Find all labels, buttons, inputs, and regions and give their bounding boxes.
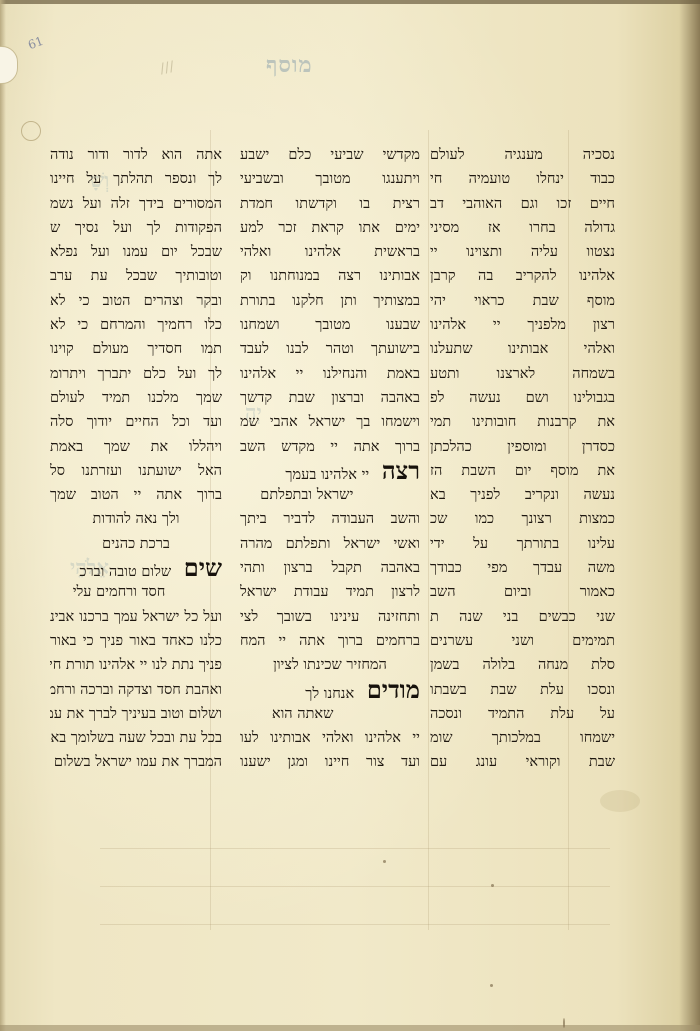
text-line: סלת מנחה בלולה בשמן: [430, 653, 615, 677]
text-line: תמו חסדיך מעולם קוינו: [50, 337, 222, 361]
text-line: יי אלהינו ואלהי אבותינו לעו: [240, 726, 420, 750]
text-line: המחזיר שכינתו לציון: [240, 653, 420, 677]
ink-speck: [563, 1018, 565, 1028]
text-line-with-initial: שים שלום טובה וברכ: [50, 556, 222, 580]
text-line: נעשה ונקריב לפניך בא: [430, 483, 615, 507]
text-line: על עלת התמיד ונסכה: [430, 702, 615, 726]
text-line: ולך נאה להודות: [50, 507, 222, 531]
text-line: בשמחה לארצנו ותטע: [430, 362, 615, 386]
section-heading: ברכת כהנים: [50, 532, 222, 556]
text-line: משה עבדך מפי כבודך: [430, 556, 615, 580]
ink-speck: [491, 884, 494, 887]
text-line: חיים זכו וגם האוהבי דב: [430, 192, 615, 216]
text-line: את מוסף יום השבת הז: [430, 459, 615, 483]
text-line-content: ישראל ובתפלתם: [260, 487, 353, 503]
text-column-left: אתה הוא לדור ודור נודה לך ונספר תהלתך על…: [50, 143, 222, 775]
text-line: לך ונספר תהלתך על חיינו: [50, 167, 222, 191]
text-line: וטובותיך שבכל עת ערב: [50, 264, 222, 288]
text-line: באמת והנחילנו יי אלהינו: [240, 362, 420, 386]
text-line: ונסכו עלת שבת בשבתו: [430, 678, 615, 702]
text-line: בראשית אלהינו ואלהי: [240, 240, 420, 264]
text-line: מוסף שבת כראוי יהי: [430, 289, 615, 313]
text-line: המסורים בידך זלה ועל נשמ: [50, 192, 222, 216]
text-line: ימים אתו קראת זכר למע: [240, 216, 420, 240]
ring-stain-mark: [21, 121, 41, 141]
text-line: בישועתך וטהר לבנו לעבד: [240, 337, 420, 361]
text-line-content: יי אלהינו בעמך: [285, 467, 369, 483]
page-bottom-edge: [0, 1025, 700, 1031]
text-line-with-initial: רצה יי אלהינו בעמך: [240, 459, 420, 483]
text-line: כסדרן ומוספין כהלכתן: [430, 435, 615, 459]
text-line: הפקודות לך ועל נסיך ש: [50, 216, 222, 240]
text-line: ויהללו את שמך באמת: [50, 435, 222, 459]
faint-pencil-mark: ///: [158, 59, 175, 78]
decorated-initial-word: רצה: [374, 459, 420, 483]
text-line: כבוד ינחלו טועמיה חי: [430, 167, 615, 191]
page-top-edge: [0, 0, 700, 4]
text-line: כלנו כאחד באור פניך כי באור: [50, 629, 222, 653]
text-line: שמך מלכנו תמיד לעולם: [50, 386, 222, 410]
text-line: ישמחו במלכותך שומ: [430, 726, 615, 750]
text-line: ועד וכל החיים יודוך סלה: [50, 410, 222, 434]
text-line: ואשי ישראל ותפלתם מהרה: [240, 532, 420, 556]
paper-tab-mark: [0, 46, 18, 84]
text-line: רצון מלפניך יי אלהינו: [430, 313, 615, 337]
text-line: ותחזינה עינינו בשובך לצי: [240, 605, 420, 629]
page-gutter-shadow: [0, 0, 6, 1031]
text-line: שבכל יום עמנו ועל נפלא: [50, 240, 222, 264]
text-line-indented: שאתה הוא: [240, 702, 420, 726]
text-line: מקדשי שביעי כלם ישבע: [240, 143, 420, 167]
text-line: בכל עת ובכל שעה בשלומך בא יי: [50, 726, 222, 750]
text-line: שבענו מטובך ושמחנו: [240, 313, 420, 337]
decorated-initial-word: שים: [176, 556, 222, 580]
text-line: כמצות רצונך כמו שכ: [430, 507, 615, 531]
ruling-line-horizontal: [100, 848, 610, 849]
text-line: ועד צור חיינו ומגן ישענו: [240, 750, 420, 774]
text-line: את קרבנות חובותינו תמי: [430, 410, 615, 434]
text-line: ושלום וטוב בעיניך לברך את עמך ישר: [50, 702, 222, 726]
ink-speck: [383, 860, 386, 863]
text-line: וישמחו בך ישראל אהבי שמ: [240, 410, 420, 434]
text-line: נצטוו עליה ותצוינו יי: [430, 240, 615, 264]
text-line: רצית בו וקדשתו חמדת: [240, 192, 420, 216]
manuscript-page: 61 מוסף /// וְשָׁ אֵלֹהֵי יְהֵ נסכיה מענ…: [0, 0, 700, 1031]
text-column-middle: מקדשי שביעי כלם ישבע ויתענגו מטובך ובשבי…: [240, 143, 420, 775]
text-line: המברך את עמו ישראל בשלום קדיש: [50, 750, 222, 774]
text-line: ויתענגו מטובך ובשביעי: [240, 167, 420, 191]
text-line: ברוך אתה יי הטוב שמך: [50, 483, 222, 507]
text-line: פניך נתת לנו יי אלהינו תורת חיי: [50, 653, 222, 677]
ruling-line-vertical: [428, 130, 429, 930]
text-line: ועל כל ישראל עמך ברכנו אבינ: [50, 605, 222, 629]
text-line: באהבה וברצון שבת קדשך: [240, 386, 420, 410]
ink-speck: [490, 984, 493, 987]
text-line: לך ועל כלם יתברך ויתרומ: [50, 362, 222, 386]
paper-stain: [600, 790, 640, 812]
folio-number: 61: [26, 34, 45, 52]
text-line-content: אנחנו לך: [305, 686, 354, 702]
ruling-line-horizontal: [100, 924, 610, 925]
text-line-indented: ישראל ובתפלתם: [240, 483, 420, 507]
text-line-content: שאתה הוא: [272, 706, 334, 722]
decorated-initial-word: מודים: [359, 678, 420, 702]
text-line: ובקר וצהרים הטוב כי לא: [50, 289, 222, 313]
text-line: באהבה תקבל ברצון ותהי: [240, 556, 420, 580]
text-line: והשב העבודה לדביר ביתך: [240, 507, 420, 531]
text-line: ברחמים ברוך אתה יי המח: [240, 629, 420, 653]
text-line: ברוך אתה יי מקדש השב: [240, 435, 420, 459]
text-line: כלו רחמיך והמרחם כי לא: [50, 313, 222, 337]
text-line: בגבולינו ושם נעשה לפ: [430, 386, 615, 410]
text-line: ואהבת חסד וצדקה וברכה ורחמ וחיי: [50, 678, 222, 702]
text-line: עלינו בתורתך על ידי: [430, 532, 615, 556]
text-line: אבותינו רצה במנוחתנו וק: [240, 264, 420, 288]
ruling-line-horizontal: [100, 886, 610, 887]
text-line: שבת וקוראי עונג עם: [430, 750, 615, 774]
text-line-content: שלום טובה וברכ: [79, 564, 171, 580]
running-header: מוסף: [266, 52, 313, 78]
text-column-right: נסכיה מענגיה לעולם כבוד ינחלו טועמיה חי …: [430, 143, 615, 775]
text-line: האל ישועתנו ועזרתנו סל: [50, 459, 222, 483]
text-line: ואלהי אבותינו שתעלנו: [430, 337, 615, 361]
text-line: תמימים ושני עשרנים: [430, 629, 615, 653]
text-line-with-initial: מודים אנחנו לך: [240, 678, 420, 702]
text-line-content: חסד ורחמים עלי: [73, 584, 166, 600]
text-line: גדולה בחרו אז מסיני: [430, 216, 615, 240]
text-line: במצותיך ותן חלקנו בתורת: [240, 289, 420, 313]
text-line: אתה הוא לדור ודור נודה: [50, 143, 222, 167]
text-line: אלהינו להקריב בה קרבן: [430, 264, 615, 288]
text-line-indented: חסד ורחמים עלי: [50, 580, 222, 604]
text-line: שני כבשים בני שנה ת: [430, 605, 615, 629]
text-line: נסכיה מענגיה לעולם: [430, 143, 615, 167]
text-line: כאמור וביום השב: [430, 580, 615, 604]
text-line: לרצון תמיד עבודת ישראל: [240, 580, 420, 604]
